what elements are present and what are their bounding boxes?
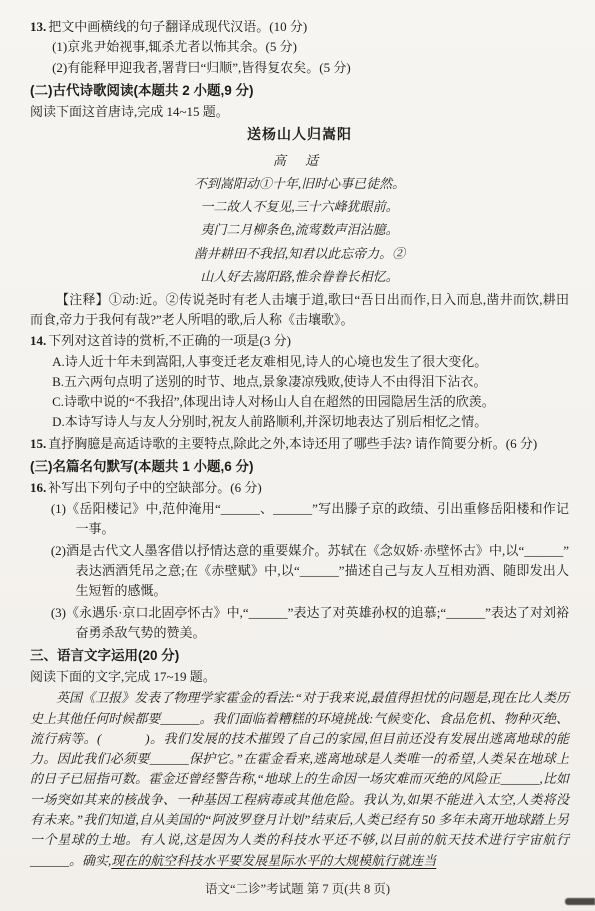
question-13-item-2: (2)有能释甲迎我者,署背曰“归顺”,皆得复农矣。(5 分) [30, 58, 569, 78]
section-heading-language-use: 三、语言文字运用(20 分) [30, 645, 569, 666]
poem-line-5: 山人好去嵩阳路,惟余眷眷长相忆。 [30, 265, 569, 288]
poem-author: 高 适 [30, 149, 569, 172]
poetry-instructions: 阅读下面这首唐诗,完成 14~15 题。 [30, 102, 569, 122]
language-use-passage: 英国《卫报》发表了物理学家霍金的看法:“对于我来说,最值得担忧的问题是,现在比人… [30, 688, 569, 870]
question-16-item-3: (3)《永遇乐·京口北固亭怀古》中,“______”表达了对英雄孙权的追慕;“_… [30, 603, 569, 644]
question-16-stem: 16.补写出下列句子中的空缺部分。(6 分) [30, 478, 569, 498]
question-16-item-2: (2)酒是古代文人墨客借以抒情达意的重要媒介。苏轼在《念奴娇·赤壁怀古》中,以“… [30, 541, 569, 602]
language-use-instructions: 阅读下面的文字,完成 17~19 题。 [30, 667, 569, 687]
page-footer: 语文“二诊”考试题 第 7 页(共 8 页) [0, 880, 595, 900]
poem-block: 送杨山人归嵩阳 高 适 不到嵩阳动①十年,旧时心事已徒然。 一二故人不复见,三十… [30, 124, 569, 288]
section-heading-poetry: (二)古代诗歌阅读(本题共 2 小题,9 分) [30, 80, 569, 101]
question-13-item-1: (1)京兆尹始视事,辄杀尤者以怖其余。(5 分) [30, 37, 569, 57]
section-heading-dictation: (三)名篇名句默写(本题共 1 小题,6 分) [30, 456, 569, 477]
question-13-stem: 13.把文中画横线的句子翻译成现代汉语。(10 分) [30, 17, 569, 37]
question-13-number: 13. [30, 19, 46, 34]
poem-line-2: 一二故人不复见,三十六峰犹眼前。 [30, 195, 569, 218]
poem-line-4: 凿井耕田不我招,知君以此忘帝力。② [30, 242, 569, 265]
question-14-text: 下列对这首诗的赏析,不正确的一项是(3 分) [48, 333, 291, 348]
passage-underlined-sentence: 现在的航空科技水平要发展星际水平的大规模航行就连当 [111, 853, 436, 868]
question-15-text: 直抒胸臆是高适诗歌的主要特点,除此之外,本诗还用了哪些手法? 请作简要分析。(6… [48, 436, 537, 451]
question-14-option-b: B.五六两句点明了送别的时节、地点,景象凄凉残败,使诗人不由得泪下沾衣。 [30, 372, 569, 392]
question-16-text: 补写出下列句子中的空缺部分。(6 分) [48, 480, 261, 495]
scan-artifact-mark [565, 898, 595, 905]
poem-line-1: 不到嵩阳动①十年,旧时心事已徒然。 [30, 172, 569, 195]
question-16-item-1: (1)《岳阳楼记》中,范仲淹用“______、______”写出滕子京的政绩、引… [30, 499, 569, 540]
poem-line-3: 夷门二月柳条色,流莺数声泪沾臆。 [30, 218, 569, 241]
question-15-number: 15. [30, 436, 46, 451]
question-14-option-a: A.诗人近十年未到嵩阳,人事变迁老友难相见,诗人的心境也发生了很大变化。 [30, 352, 569, 372]
question-14-option-c: C.诗歌中说的“不我招”,体现出诗人对杨山人自在超然的田园隐居生活的欣羡。 [30, 392, 569, 412]
poem-title: 送杨山人归嵩阳 [30, 124, 569, 149]
exam-paper-page: 13.把文中画横线的句子翻译成现代汉语。(10 分) (1)京兆尹始视事,辄杀尤… [0, 0, 595, 911]
question-14-number: 14. [30, 333, 46, 348]
passage-body-text: 英国《卫报》发表了物理学家霍金的看法:“对于我来说,最值得担忧的问题是,现在比人… [30, 690, 569, 867]
question-14-stem: 14.下列对这首诗的赏析,不正确的一项是(3 分) [30, 331, 569, 351]
question-15-stem: 15.直抒胸臆是高适诗歌的主要特点,除此之外,本诗还用了哪些手法? 请作简要分析… [30, 434, 569, 454]
question-16-number: 16. [30, 480, 46, 495]
question-13-text: 把文中画横线的句子翻译成现代汉语。(10 分) [48, 19, 307, 34]
question-14-option-d: D.本诗写诗人与友人分别时,祝友人前路顺利,并深切地表达了别后相忆之情。 [30, 412, 569, 432]
poem-annotations: 【注释】①动:近。②传说尧时有老人击壤于道,歌曰“吾日出而作,日入而息,凿井而饮… [30, 290, 569, 331]
